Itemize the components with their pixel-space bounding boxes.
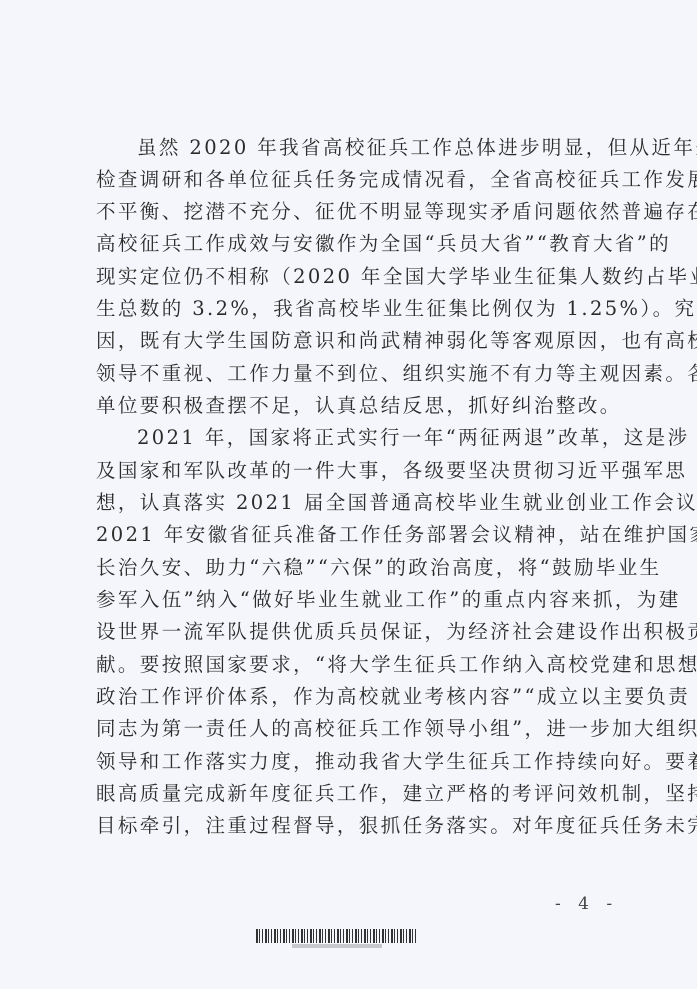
paragraph-2-line: 目标牵引，注重过程督导，狠抓任务落实。对年度征兵任务未完 — [96, 814, 606, 838]
paragraph-2-line: 想，认真落实 2021 届全国普通高校毕业生就业创业工作会议和 — [96, 491, 606, 515]
paragraph-2-line: 2021 年安徽省征兵准备工作任务部署会议精神，站在维护国家 — [96, 523, 606, 547]
paragraph-1-line: 单位要积极查摆不足，认真总结反思，抓好纠治整改。 — [96, 394, 606, 418]
paragraph-2-line: 领导和工作落实力度，推动我省大学生征兵工作持续向好。要着 — [96, 750, 606, 774]
paragraph-1-line: 现实定位仍不相称（2020 年全国大学毕业生征集人数约占毕业 — [96, 265, 606, 289]
document-page: 虽然 2020 年我省高校征兵工作总体进步明显，但从近年来 检查调研和各单位征兵… — [0, 0, 697, 989]
barcode-icon — [256, 929, 416, 943]
paragraph-1-line: 虽然 2020 年我省高校征兵工作总体进步明显，但从近年来 — [137, 136, 606, 160]
barcode-caption — [292, 944, 382, 948]
paragraph-2-line: 及国家和军队改革的一件大事，各级要坚决贯彻习近平强军思 — [96, 459, 606, 483]
paragraph-1-line: 领导不重视、工作力量不到位、组织实施不有力等主观因素。各 — [96, 362, 606, 386]
paragraph-1-line: 因，既有大学生国防意识和尚武精神弱化等客观原因，也有高校 — [96, 329, 606, 353]
paragraph-2-line: 眼高质量完成新年度征兵工作，建立严格的考评问效机制，坚持 — [96, 782, 606, 806]
paragraph-2-line: 参军入伍”纳入“做好毕业生就业工作”的重点内容来抓，为建 — [96, 588, 606, 612]
paragraph-1-line: 不平衡、挖潜不充分、征优不明显等现实矛盾问题依然普遍存在， — [96, 200, 606, 224]
paragraph-2-line: 同志为第一责任人的高校征兵工作领导小组”，进一步加大组织 — [96, 717, 606, 741]
paragraph-2-line: 设世界一流军队提供优质兵员保证，为经济社会建设作出积极贡 — [96, 620, 606, 644]
paragraph-1-line: 高校征兵工作成效与安徽作为全国“兵员大省”“教育大省”的 — [96, 232, 606, 256]
paragraph-1-line: 检查调研和各单位征兵任务完成情况看，全省高校征兵工作发展 — [96, 168, 606, 192]
paragraph-2-line: 政治工作评价体系，作为高校就业考核内容”“成立以主要负责 — [96, 685, 606, 709]
paragraph-1-line: 生总数的 3.2%，我省高校毕业生征集比例仅为 1.25%）。究其原 — [96, 297, 606, 321]
paragraph-2-line: 2021 年，国家将正式实行一年“两征两退”改革，这是涉 — [137, 426, 606, 450]
paragraph-2-line: 长治久安、助力“六稳”“六保”的政治高度，将“鼓励毕业生 — [96, 556, 606, 580]
page-number: - 4 - — [555, 894, 618, 914]
paragraph-2-line: 献。要按照国家要求，“将大学生征兵工作纳入高校党建和思想 — [96, 653, 606, 677]
